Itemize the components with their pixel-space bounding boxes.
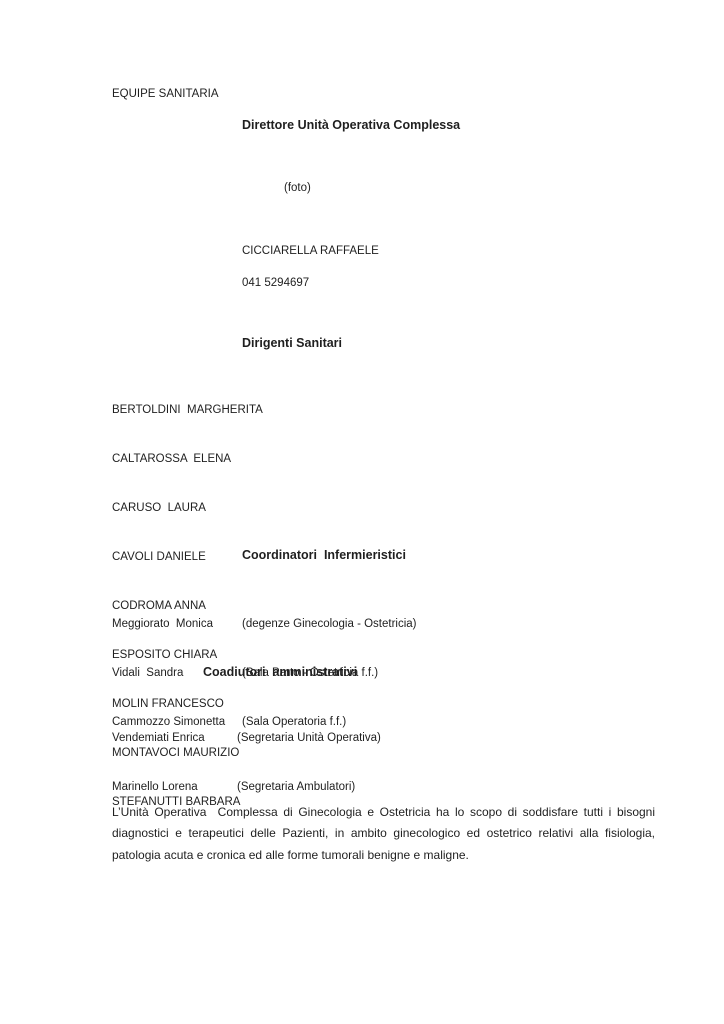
dirigenti-section-heading: Dirigenti Sanitari <box>242 336 342 351</box>
direttore-name: CICCIARELLA RAFFAELE <box>242 243 379 259</box>
coadiutore-row: Vendemiati Enrica (Segretaria Unità Oper… <box>112 730 381 746</box>
coadiutore-role: (Segretaria Ambulatori) <box>237 779 355 795</box>
coordinatori-section-heading: Coordinatori Infermieristici <box>242 548 406 563</box>
photo-placeholder: (foto) <box>284 180 311 196</box>
coordinator-name: Meggiorato Monica <box>112 616 242 632</box>
coordinator-row: Meggiorato Monica (degenze Ginecologia -… <box>112 616 417 632</box>
coadiutore-name: Vendemiati Enrica <box>112 730 237 746</box>
coadiutore-role: (Segretaria Unità Operativa) <box>237 730 381 746</box>
direttore-section-heading: Direttore Unità Operativa Complessa <box>242 118 460 133</box>
description-paragraph: L’Unità Operativa Complessa di Ginecolog… <box>112 802 655 866</box>
document-page: EQUIPE SANITARIA Direttore Unità Operati… <box>0 0 724 1024</box>
coadiutore-row: Marinello Lorena (Segretaria Ambulatori) <box>112 779 381 795</box>
document-label: EQUIPE SANITARIA <box>112 86 219 102</box>
dirigenti-name: CARUSO LAURA <box>112 500 263 516</box>
dirigenti-name: CAVOLI DANIELE <box>112 549 263 565</box>
direttore-phone: 041 5294697 <box>242 275 309 291</box>
coordinator-role: (degenze Ginecologia - Ostetricia) <box>242 616 417 632</box>
coadiutori-section-heading: Coadiutori amministrativi <box>203 665 357 680</box>
dirigenti-name: BERTOLDINI MARGHERITA <box>112 402 263 418</box>
dirigenti-name: CALTAROSSA ELENA <box>112 451 263 467</box>
coadiutore-name: Marinello Lorena <box>112 779 237 795</box>
